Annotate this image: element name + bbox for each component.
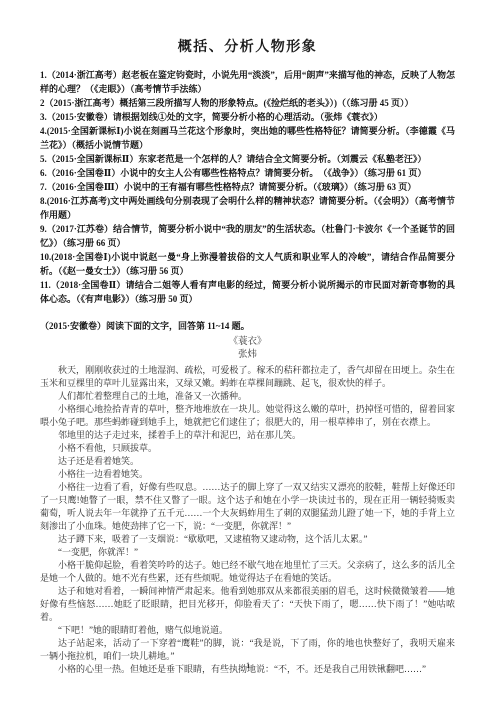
passage-paragraph: 人们都忙着整理自己的土地，准备又一次播种。 [40,390,455,403]
question-item-4: 4.(2015·全国新课标Ⅰ)小说在刻画马兰花这个形象时，突出她的哪些性格特征？… [40,124,455,152]
passage-author: 张炜 [40,349,455,362]
passage-paragraph: “一变肥，你就浑！” [40,546,455,559]
question-item-1: 1.（2014·浙江高考）赵老板在鉴定钧瓷时，小说先用“淡淡”，后用“朗声”来描… [40,68,455,96]
question-item-11: 11.（2018·全国卷Ⅱ）请结合二姐等人看有声电影的经过，简要分析小说所揭示的… [40,278,455,306]
question-item-8: 8.(2016·江苏高考)文中两处画线句分别表现了会明什么样的精神状态？请简要分… [40,194,455,222]
passage-paragraph: “下吧！”她的眼睛盯着他，赌气似地说道。 [40,624,455,637]
page-title: 概括、分析人物形象 [40,36,455,56]
question-item-2: 2（2015·浙江高考）概括第三段所描写人物的形象特点。(《捡烂纸的老头》）)（… [40,96,455,110]
passage-paragraph: 小格往一边看了看，好像有些叹息。……达子的脚上穿了一双又结实又漂亮的胶鞋，鞋帮上… [40,481,455,533]
passage-intro: （2015·安徽卷）阅读下面的文字，回答第 11~14 题。 [40,319,455,333]
passage-paragraph: 小格细心地捡拾青青的草叶，整齐地堆放在一块儿。她觉得这么嫩的草叶，扔掉怪可惜的，… [40,403,455,429]
passage-paragraph: 小格不看他，只顾拔草。 [40,442,455,455]
passage-paragraph: 小格干脆仰起脸，看着笑吟吟的达子。她已经不歇气地在地里忙了三天。父亲病了，这么多… [40,559,455,585]
question-item-10: 10.(2018·全国卷Ⅰ)小说中说赵一曼“身上弥漫着拔俗的文人气质和职业军人的… [40,250,455,278]
question-item-5: 5.（2015·全国新课标Ⅱ）东家老范是一个怎样的人？请结合全文简要分析。（刘震… [40,152,455,166]
passage-paragraph: 达子站起来，活动了一下穿着“鹰鞋”的脚，说：“我是说，下了雨，你的地也快整好了，… [40,637,455,663]
question-item-3: 3.（2015·安徽卷）请根据划线①处的文字，简要分析小格的心理活动。（张炜《蓑… [40,110,455,124]
document-page: 概括、分析人物形象 1.（2014·浙江高考）赵老板在鉴定钧瓷时，小说先用“淡淡… [0,0,496,702]
passage-paragraph: 小格往一边看着她笑。 [40,468,455,481]
question-item-7: 7.（2016·全国卷Ⅲ）小说中的王有福有哪些性格特点？请简要分析。（《玻璃》）… [40,180,455,194]
passage-paragraph: 达子蹲下来，吸着了一支烟说：“歇歇吧，又逮植物又逮动物，这个活儿太累。” [40,533,455,546]
question-item-6: 6.（2016·全国卷Ⅱ）小说中的女主人公有哪些性格特点？请简要分析。 （《战争… [40,166,455,180]
passage-body: 秋天，刚刚收获过的土地湿润、疏松，可爱极了。稼禾的秸秆都拉走了，香气却留在田埂上… [40,364,455,676]
passage-paragraph: 秋天，刚刚收获过的土地湿润、疏松，可爱极了。稼禾的秸秆都拉走了，香气却留在田埂上… [40,364,455,390]
question-item-9: 9.（2017·江苏卷）结合情节，简要分析小说中“我的朋友”的生活状态。（杜鲁门… [40,222,455,250]
question-list: 1.（2014·浙江高考）赵老板在鉴定钧瓷时，小说先用“淡淡”，后用“朗声”来描… [40,68,455,306]
passage-title: 《蓑衣》 [40,336,455,349]
page-number: 1 [0,661,496,670]
passage-paragraph: 达子还是看着她笑。 [40,455,455,468]
passage-paragraph: 邻地里的达子走过来，揉着手上的草汁和泥巴，站在那儿笑。 [40,429,455,442]
passage-paragraph: 达子和她对看着，一瞬间神情严肃起来。他看到她那双从来都很美丽的眉毛，这时候微微皱… [40,585,455,624]
